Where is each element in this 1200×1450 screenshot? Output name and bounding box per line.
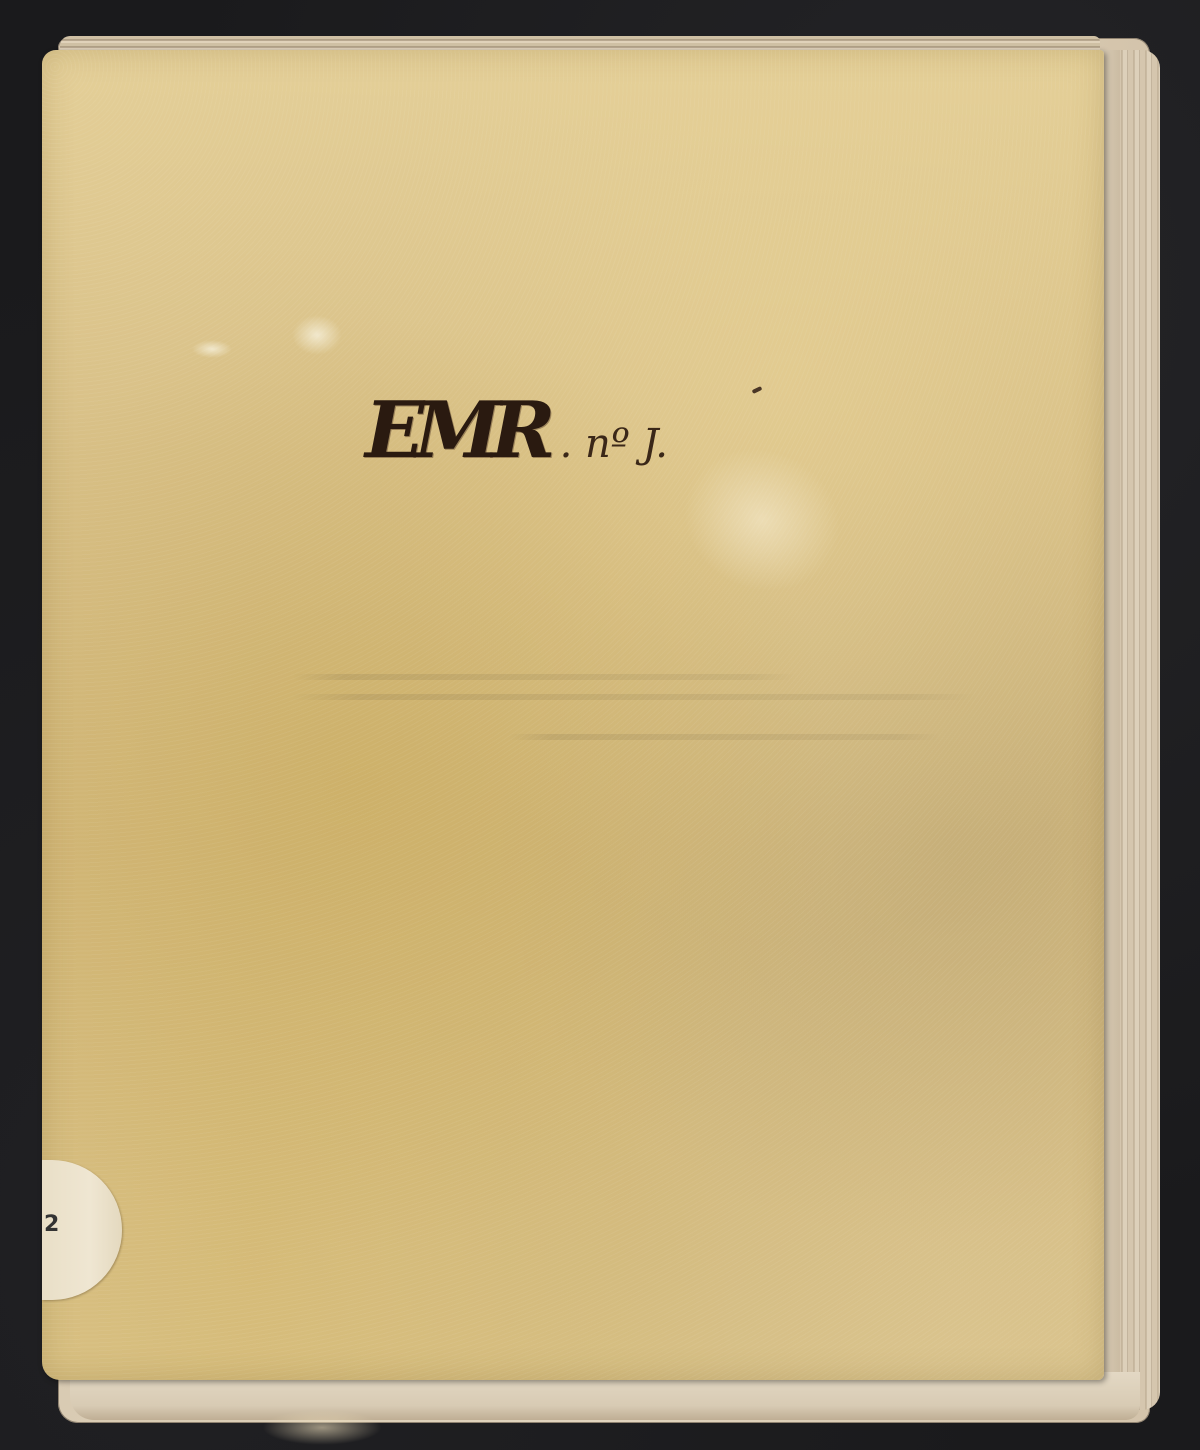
monogram: EMR <box>365 385 546 476</box>
cover-crease <box>262 1410 382 1445</box>
vellum-cover <box>42 50 1104 1380</box>
worn-spot <box>292 315 342 355</box>
faint-bleed-through-text <box>292 660 1012 830</box>
worn-spot-small <box>192 340 232 358</box>
cover-inscription: EMR . nº J. <box>365 385 668 476</box>
label-text: 2 <box>44 1212 59 1237</box>
volume-number: . nº J. <box>560 421 668 467</box>
worn-light-patch <box>660 423 864 618</box>
